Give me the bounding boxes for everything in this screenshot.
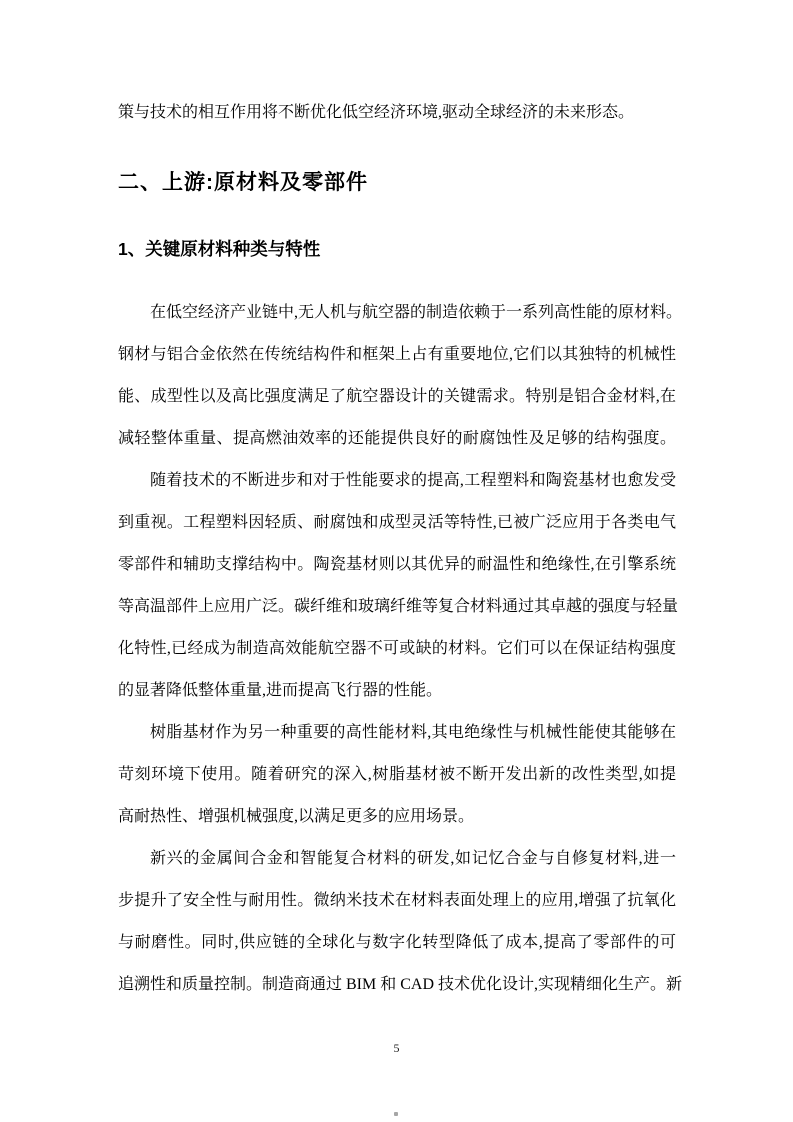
paragraph-4: 新兴的金属间合金和智能复合材料的研发,如记忆合金与自修复材料,进一 步提升了安全…	[118, 838, 676, 1006]
body-line: 随着技术的不断进步和对于性能要求的提高,工程塑料和陶瓷基材也愈发受	[118, 460, 676, 502]
paragraph-3: 树脂基材作为另一种重要的高性能材料,其电绝缘性与机械性能使其能够在 苛刻环境下使…	[118, 712, 676, 838]
section-heading: 二、上游:原材料及零部件	[118, 168, 676, 198]
body-line: 新兴的金属间合金和智能复合材料的研发,如记忆合金与自修复材料,进一	[118, 838, 676, 880]
body-line: 到重视。工程塑料因轻质、耐腐蚀和成型灵活等特性,已被广泛应用于各类电气	[118, 502, 676, 544]
body-line: 减轻整体重量、提高燃油效率的还能提供良好的耐腐蚀性及足够的结构强度。	[118, 418, 676, 460]
body-line: 等高温部件上应用广泛。碳纤维和玻璃纤维等复合材料通过其卓越的强度与轻量	[118, 586, 676, 628]
footer-dot	[394, 1112, 398, 1116]
body-line-continuation: 策与技术的相互作用将不断优化低空经济环境,驱动全球经济的未来形态。	[118, 92, 676, 134]
subsection-heading: 1、关键原材料种类与特性	[118, 236, 676, 262]
body-line: 步提升了安全性与耐用性。微纳米技术在材料表面处理上的应用,增强了抗氧化	[118, 880, 676, 922]
paragraph-1: 在低空经济产业链中,无人机与航空器的制造依赖于一系列高性能的原材料。 钢材与铝合…	[118, 292, 676, 460]
page-content: 策与技术的相互作用将不断优化低空经济环境,驱动全球经济的未来形态。 二、上游:原…	[118, 0, 676, 1006]
body-line: 的显著降低整体重量,进而提高飞行器的性能。	[118, 670, 676, 712]
body-line: 在低空经济产业链中,无人机与航空器的制造依赖于一系列高性能的原材料。	[118, 292, 676, 334]
body-line: 零部件和辅助支撑结构中。陶瓷基材则以其优异的耐温性和绝缘性,在引擎系统	[118, 544, 676, 586]
body-line: 追溯性和质量控制。制造商通过 BIM 和 CAD 技术优化设计,实现精细化生产。…	[118, 964, 676, 1006]
document-page: 策与技术的相互作用将不断优化低空经济环境,驱动全球经济的未来形态。 二、上游:原…	[0, 0, 793, 1122]
body-line: 钢材与铝合金依然在传统结构件和框架上占有重要地位,它们以其独特的机械性	[118, 334, 676, 376]
body-line: 高耐热性、增强机械强度,以满足更多的应用场景。	[118, 796, 676, 838]
body-line: 能、成型性以及高比强度满足了航空器设计的关键需求。特别是铝合金材料,在	[118, 376, 676, 418]
body-line: 苛刻环境下使用。随着研究的深入,树脂基材被不断开发出新的改性类型,如提	[118, 754, 676, 796]
body-line: 与耐磨性。同时,供应链的全球化与数字化转型降低了成本,提高了零部件的可	[118, 922, 676, 964]
paragraph-2: 随着技术的不断进步和对于性能要求的提高,工程塑料和陶瓷基材也愈发受 到重视。工程…	[118, 460, 676, 712]
page-number: 5	[0, 1040, 793, 1056]
body-line: 化特性,已经成为制造高效能航空器不可或缺的材料。它们可以在保证结构强度	[118, 628, 676, 670]
body-line: 树脂基材作为另一种重要的高性能材料,其电绝缘性与机械性能使其能够在	[118, 712, 676, 754]
